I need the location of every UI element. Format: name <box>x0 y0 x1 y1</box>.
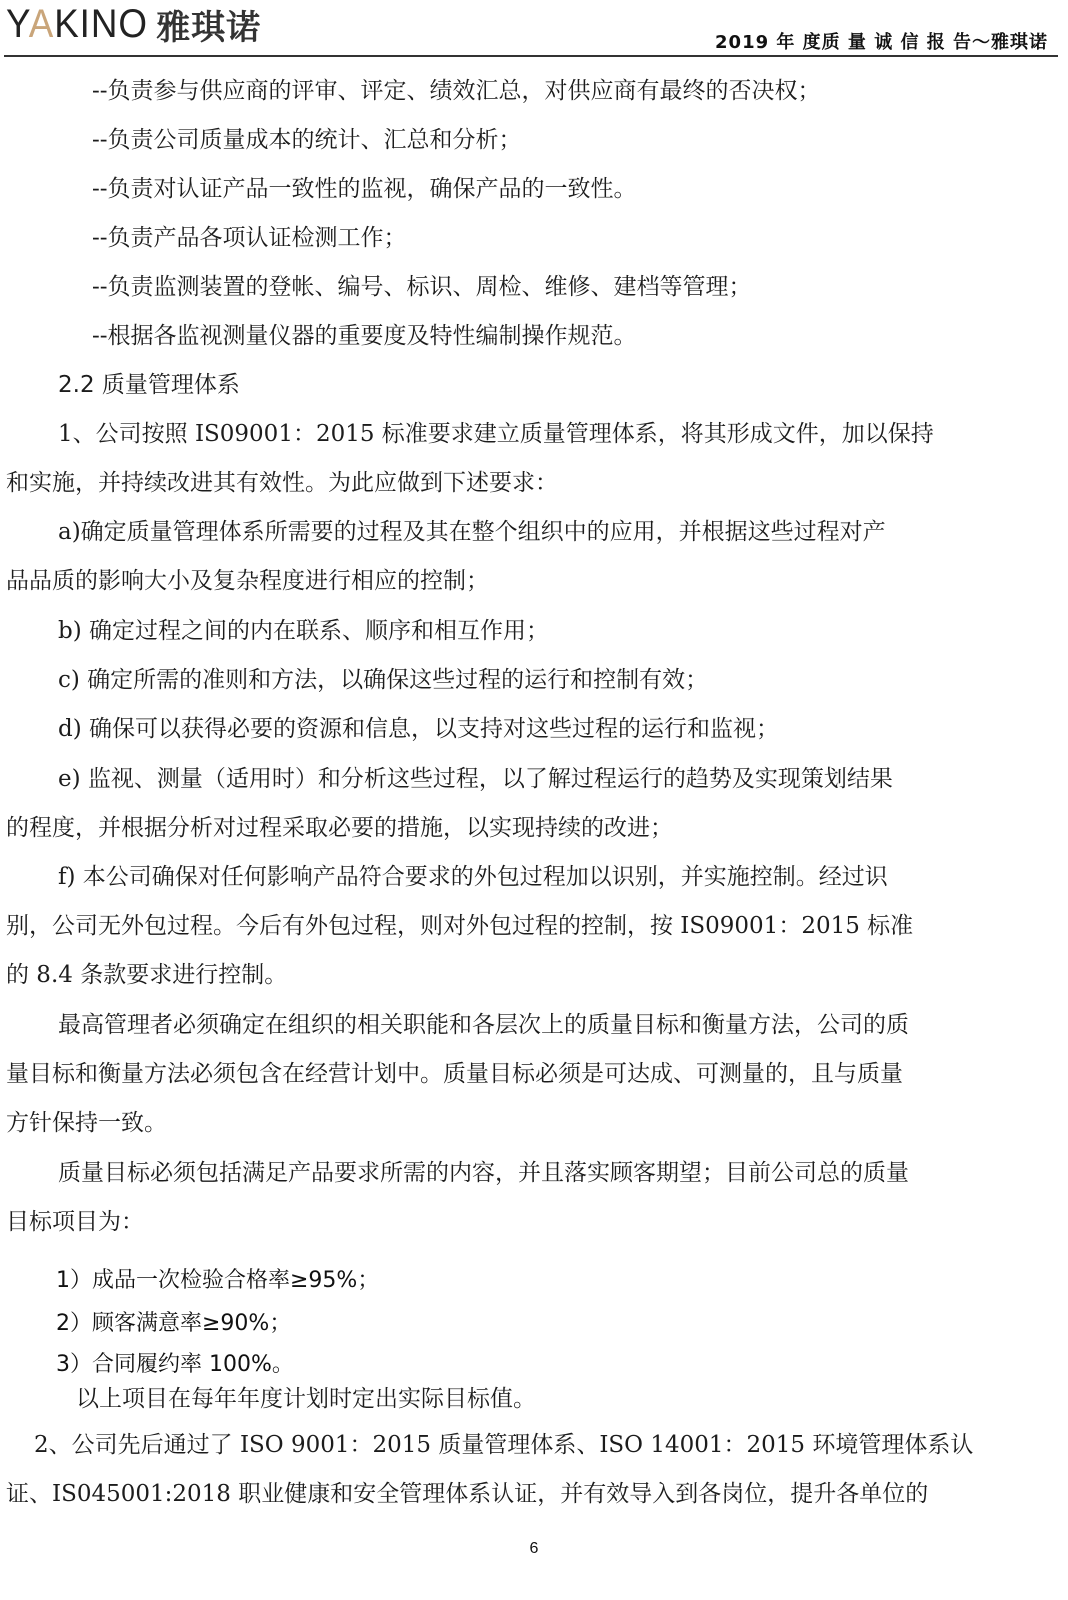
paragraph-line: 别，公司无外包过程。今后有外包过程，则对外包过程的控制，按 IS09001：20… <box>6 911 913 941</box>
report-title: 2019 年 度质 量 诚 信 报 告～雅琪诺 <box>715 28 1048 54</box>
section-heading: 2.2 质量管理体系 <box>58 370 240 400</box>
logo-chinese-name: 雅琪诺 <box>156 0 261 49</box>
list-item: --根据各监视测量仪器的重要度及特性编制操作规范。 <box>92 321 637 351</box>
paragraph-line: 2、公司先后通过了 ISO 9001：2015 质量管理体系、ISO 14001… <box>34 1430 973 1460</box>
paragraph-line: 质量目标必须包括满足产品要求所需的内容，并且落实顾客期望；目前公司总的质量 <box>58 1158 909 1188</box>
goals-note: 以上项目在每年年度计划时定出实际目标值。 <box>76 1384 536 1414</box>
company-logo: YAKINO 雅琪诺 <box>6 2 261 46</box>
list-item: --负责监测装置的登帐、编号、标识、周检、维修、建档等管理； <box>92 272 752 302</box>
paragraph-line: 量目标和衡量方法必须包含在经营计划中。质量目标必须是可达成、可测量的，且与质量 <box>6 1059 903 1089</box>
paragraph-line: d) 确保可以获得必要的资源和信息，以支持对这些过程的运行和监视； <box>58 714 779 744</box>
paragraph-line: e) 监视、测量（适用时）和分析这些过程，以了解过程运行的趋势及实现策划结果 <box>58 764 893 794</box>
list-item: --负责对认证产品一致性的监视，确保产品的一致性。 <box>92 174 637 204</box>
paragraph-line: 的 8.4 条款要求进行控制。 <box>6 960 287 990</box>
paragraph-line: a)确定质量管理体系所需要的过程及其在整个组织中的应用，并根据这些过程对产 <box>58 517 886 547</box>
list-item: --负责参与供应商的评审、评定、绩效汇总，对供应商有最终的否决权； <box>92 76 821 106</box>
paragraph-line: 品品质的影响大小及复杂程度进行相应的控制； <box>6 566 489 596</box>
goal-item: 3）合同履约率 100%。 <box>56 1350 294 1380</box>
list-item: --负责产品各项认证检测工作； <box>92 223 407 253</box>
paragraph-line: c) 确定所需的准则和方法，以确保这些过程的运行和控制有效； <box>58 665 708 695</box>
paragraph-line: 证、IS045001:2018 职业健康和安全管理体系认证，并有效导入到各岗位，… <box>6 1479 928 1509</box>
paragraph-line: 目标项目为： <box>6 1207 144 1237</box>
paragraph-line: 的程度，并根据分析对过程采取必要的措施，以实现持续的改进； <box>6 813 673 843</box>
goal-item: 2）顾客满意率≥90%； <box>56 1309 291 1339</box>
goal-item: 1）成品一次检验合格率≥95%； <box>56 1266 379 1296</box>
paragraph-line: 最高管理者必须确定在组织的相关职能和各层次上的质量目标和衡量方法，公司的质 <box>58 1010 909 1040</box>
list-item: --负责公司质量成本的统计、汇总和分析； <box>92 125 522 155</box>
paragraph-line: 1、公司按照 IS09001：2015 标准要求建立质量管理体系，将其形成文件，… <box>58 419 934 449</box>
logo-wordmark: YAKINO <box>6 2 148 46</box>
logo-letter-y: Y <box>6 2 29 46</box>
page-number: 6 <box>0 1540 1068 1558</box>
paragraph-line: 和实施，并持续改进其有效性。为此应做到下述要求： <box>6 468 558 498</box>
header-divider <box>4 55 1058 57</box>
paragraph-line: b) 确定过程之间的内在联系、顺序和相互作用； <box>58 616 549 646</box>
paragraph-line: f) 本公司确保对任何影响产品符合要求的外包过程加以识别，并实施控制。经过识 <box>58 862 888 892</box>
logo-letters-kino: KINO <box>54 2 148 46</box>
paragraph-line: 方针保持一致。 <box>6 1108 167 1138</box>
logo-letter-a-accent: A <box>29 2 54 46</box>
